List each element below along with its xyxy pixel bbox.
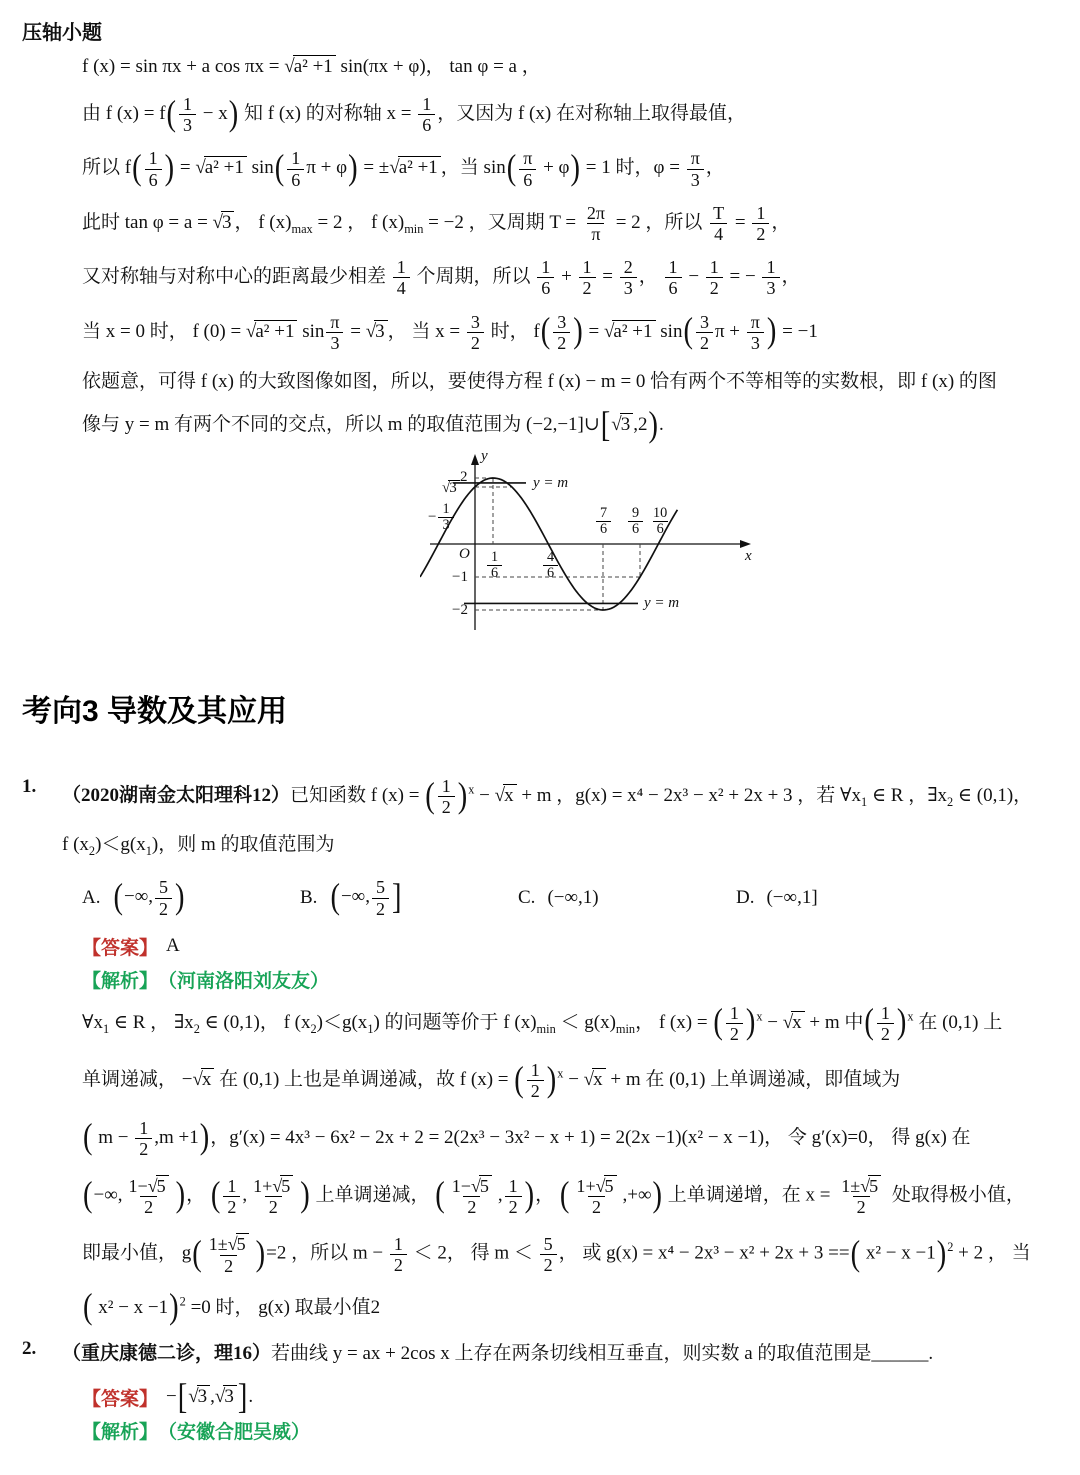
m-line-upper-label: y = m [533,476,568,491]
solution-line-7: 依题意，可得 f (x) 的大致图像如图，所以，要使得方程 f (x) − m … [82,366,1060,396]
solution-block: f (x) = sin πx + a cos πx = √a² +1 sin(π… [82,51,1060,439]
x-tick-4-6: 46 [541,550,560,581]
x-tick-7-6: 76 [594,506,613,537]
y-tick-sqrt3: √3 [442,480,460,496]
option-d-label: D. [736,887,754,909]
solution-line-4: 此时 tan φ = a = √3， f (x)max = 2 ， f (x)m… [82,203,1060,244]
solution-line-1: f (x) = sin πx + a cos πx = √a² +1 sin(π… [82,51,1060,81]
problem-2-source: （重庆康德二诊，理16） [62,1343,271,1364]
problem-1-source: （2020湖南金太阳理科12） [62,785,290,806]
problem-2-answer: −[√3,√3]. [166,1385,253,1410]
explanation-line-3: ( m − 12,m +1)，g′(x) = 4x³ − 6x² − 2x + … [82,1118,1060,1159]
answer-label: 【答案】 [82,933,158,960]
graph-svg [420,452,760,652]
problem-2-statement: 若曲线 y = ax + 2cos x 上存在两条切线相互垂直，则实数 a 的取… [271,1343,933,1364]
solution-line-3: 所以 f(16) = √a² +1 sin(16π + φ) = ±√a² +1… [82,148,1060,189]
solution-line-2: 由 f (x) = f(13 − x) 知 f (x) 的对称轴 x = 16，… [82,94,1060,135]
y-tick-neg2: −2 [452,603,468,618]
section-title: 考向3 导数及其应用 [22,686,1060,730]
x-tick-9-6: 96 [626,506,645,537]
option-c: C. (−∞,1) [518,877,736,918]
option-d-value: (−∞,1] [766,887,817,909]
problem-1-answer-row: 【答案】 A [82,933,1060,960]
y-tick-2: 2 [460,470,468,485]
problem-2-analysis-credit: （安徽合肥吴威） [158,1417,310,1444]
option-c-label: C. [518,887,535,909]
analysis-label-2: 【解析】 [82,1417,158,1444]
x-tick-neg13: −13 [428,502,456,533]
document-page: 压轴小题 f (x) = sin πx + a cos πx = √a² +1 … [0,0,1080,1475]
problem-1-statement-line-1: 已知函数 f (x) = (12)x − √x + m ，g(x) = x⁴ −… [290,785,1032,806]
solution-line-6: 当 x = 0 时， f (0) = √a² +1 sinπ3 = √3， 当 … [82,312,1060,353]
option-a: A. (−∞,52) [82,877,300,918]
explanation-line-2: 单调递减， −√x 在 (0,1) 上也是单调递减，故 f (x) = (12)… [82,1060,1060,1101]
m-line-lower-label: y = m [644,596,679,611]
option-a-label: A. [82,887,100,909]
y-axis-label: y [481,449,488,464]
solution-line-8: 像与 y = m 有两个不同的交点，所以 m 的取值范围为 (−2,−1]∪[√… [82,409,1060,439]
function-graph-figure: y x O 2 √3 −13 −1 −2 16 46 76 96 106 y =… [420,452,760,652]
problem-1-text: （2020湖南金太阳理科12）已知函数 f (x) = (12)x − √x +… [62,776,1060,871]
answer-label-2: 【答案】 [82,1384,158,1411]
option-b-label: B. [300,887,317,909]
problem-1-statement-line-2: f (x2)＜g(x1)，则 m 的取值范围为 [62,829,1060,859]
problem-1-options: A. (−∞,52) B. (−∞,52] C. (−∞,1) D. (−∞,1… [82,877,1060,918]
problem-2-analysis-row: 【解析】 （安徽合肥吴威） [82,1417,1060,1444]
explanation-line-6: ( x² − x −1)2 =0 时， g(x) 取最小值2 [82,1292,1060,1322]
problem-1-answer: A [166,935,180,957]
page-header: 压轴小题 [22,16,1060,45]
problem-2-text: （重庆康德二诊，理16）若曲线 y = ax + 2cos x 上存在两条切线相… [62,1338,1060,1380]
explanation-line-1: ∀x1 ∈ R ， ∃x2 ∈ (0,1)， f (x2)＜g(x1) 的问题等… [82,1003,1060,1044]
problem-2-answer-row: 【答案】 −[√3,√3]. [82,1384,1060,1411]
origin-label: O [459,547,470,562]
problem-1-analysis-row: 【解析】 （河南洛阳刘友友） [82,966,1060,993]
y-axis-arrow [471,454,479,465]
explanation-line-5: 即最小值， g(1±√52)=2 ，所以 m − 12 ＜ 2， 得 m ＜ 5… [82,1233,1060,1275]
problem-2: 2. （重庆康德二诊，理16）若曲线 y = ax + 2cos x 上存在两条… [20,1338,1060,1380]
x-tick-1-6: 16 [485,550,504,581]
solution-line-5: 又对称轴与对称中心的距离最少相差 14 个周期，所以 16 + 12 = 23，… [82,257,1060,298]
problem-1-number: 1. [20,776,62,871]
explanation-line-4: (−∞,1−√52)， (12,1+√52) 上单调递减， (1−√52,12)… [82,1175,1060,1217]
option-a-value: (−∞,52) [112,877,185,918]
option-b: B. (−∞,52] [300,877,518,918]
problem-1-explanation: ∀x1 ∈ R ， ∃x2 ∈ (0,1)， f (x2)＜g(x1) 的问题等… [82,1003,1060,1322]
x-axis-arrow [740,540,751,548]
problem-1: 1. （2020湖南金太阳理科12）已知函数 f (x) = (12)x − √… [20,776,1060,871]
y-tick-neg1: −1 [452,570,468,585]
option-b-value: (−∞,52] [329,877,402,918]
option-c-value: (−∞,1) [547,887,598,909]
x-axis-label: x [745,549,752,564]
problem-1-analysis-credit: （河南洛阳刘友友） [158,966,329,993]
problem-2-number: 2. [20,1338,62,1380]
analysis-label: 【解析】 [82,966,158,993]
x-tick-10-6: 106 [647,506,673,537]
option-d: D. (−∞,1] [736,877,954,918]
